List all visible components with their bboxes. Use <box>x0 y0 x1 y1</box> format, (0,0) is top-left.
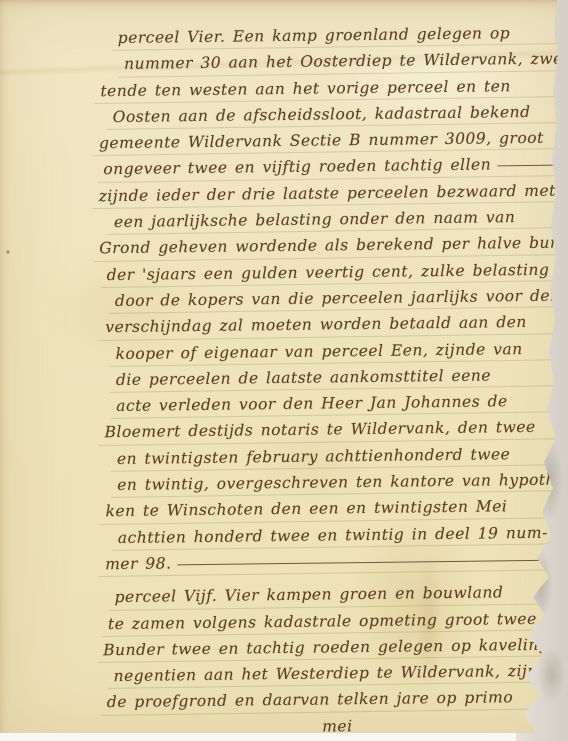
line-text: mer 98. <box>105 554 172 573</box>
line-text: tende ten westen aan het vorige perceel … <box>100 77 511 100</box>
line-text: een jaarlijksche belasting onder den naa… <box>114 208 516 231</box>
line-text: Bloemert destijds notaris te Wildervank,… <box>104 418 535 441</box>
line-text: ken te Winschoten den een en twintigsten… <box>105 498 507 521</box>
handwritten-text-block: perceel Vier. Een kamp groenland gelegen… <box>0 24 568 741</box>
line-text: mei <box>322 717 353 735</box>
line-text: en twintigsten february achttienhonderd … <box>117 445 511 468</box>
handwritten-line: mer 98. <box>105 549 568 581</box>
line-text: verschijndag zal moeten worden betaald a… <box>105 313 527 336</box>
line-text: te zamen volgens kadastrale opmeting gro… <box>108 609 537 632</box>
line-text: ongeveer twee en vijftig roeden tachtig … <box>103 156 491 179</box>
line-text: acte verleden voor den Heer Jan Johannes… <box>116 392 508 415</box>
ink-rule <box>497 165 557 167</box>
line-text: perceel Vier. Een kamp groenland gelegen… <box>118 24 511 47</box>
ink-rule <box>178 560 556 566</box>
line-text: de proefgrond en daarvan telken jare op … <box>107 689 513 712</box>
line-text: kooper of eigenaar van perceel Een, zijn… <box>115 340 522 363</box>
line-text: achttien honderd twee en twintig in deel… <box>118 523 548 546</box>
line-text: Oosten aan de afscheidssloot, kadastraal… <box>113 103 531 126</box>
line-text: die perceelen de laatste aankomsttitel e… <box>116 366 491 389</box>
line-text: perceel Vijf. Vier kampen groen en bouwl… <box>114 584 503 607</box>
document-page: perceel Vier. Een kamp groenland gelegen… <box>0 0 568 741</box>
